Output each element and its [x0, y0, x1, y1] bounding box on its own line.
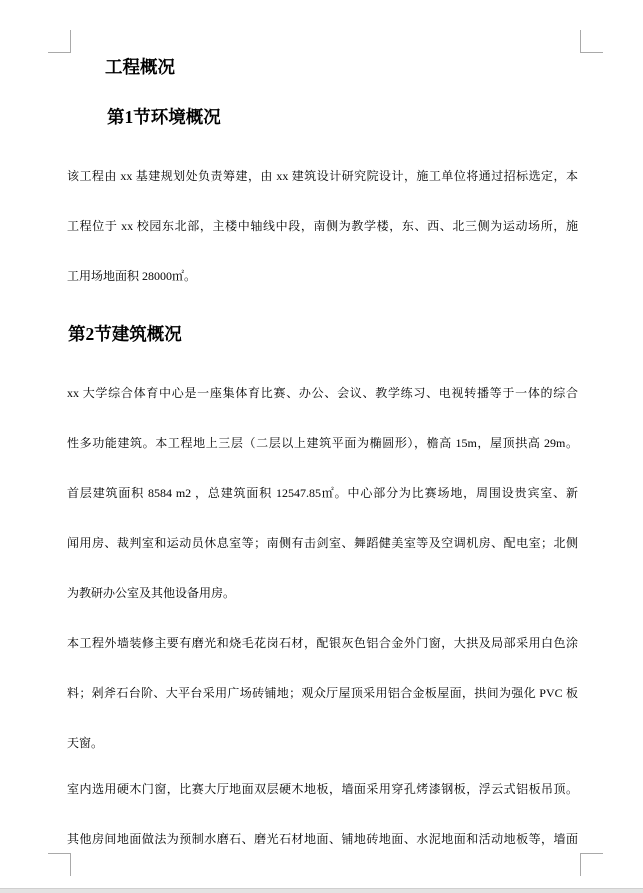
- paragraph-line: 闻用房、裁判室和运动员休息室等；南侧有击剑室、舞蹈健美室等及空调机房、配电室；北…: [67, 518, 578, 568]
- paragraph-line: 首层建筑面积 8584 m2 ，总建筑面积 12547.85㎡。中心部分为比赛场…: [67, 468, 578, 518]
- document-title: 工程概况: [67, 56, 616, 78]
- page-edge-strip: [0, 888, 643, 893]
- paragraph-exterior-finish: 本工程外墙装修主要有磨光和烧毛花岗石材，配银灰色铝合金外门窗，大拱及局部采用白色…: [67, 618, 578, 768]
- document-page[interactable]: 工程概况 第1节环境概况 第2节建筑概况 该工程由 xx 基建规划处负责筹建，由…: [0, 0, 643, 893]
- paragraph-line: xx 大学综合体育中心是一座集体育比赛、办公、会议、教学练习、电视转播等于一体的…: [67, 368, 578, 418]
- paragraph-line: 工程位于 xx 校园东北部，主楼中轴线中段，南侧为教学楼，东、西、北三侧为运动场…: [67, 201, 578, 251]
- paragraph-building-description: xx 大学综合体育中心是一座集体育比赛、办公、会议、教学练习、电视转播等于一体的…: [67, 368, 578, 618]
- paragraph-line: 其他房间地面做法为预制水磨石、磨光石材地面、铺地砖地面、水泥地面和活动地板等，墙…: [67, 814, 578, 864]
- heading-section-1: 第1节环境概况: [67, 106, 618, 128]
- paragraph-line: 为教研办公室及其他设备用房。: [67, 568, 578, 618]
- heading-section-2: 第2节建筑概况: [67, 323, 579, 345]
- paragraph-line: 本工程外墙装修主要有磨光和烧毛花岗石材，配银灰色铝合金外门窗，大拱及局部采用白色…: [67, 618, 578, 668]
- text-boundary-mark-bottom-right: [580, 853, 603, 876]
- paragraph-line: 性多功能建筑。本工程地上三层（二层以上建筑平面为椭圆形），檐高 15m，屋顶拱高…: [67, 418, 578, 468]
- paragraph-line: 料；剁斧石台阶、大平台采用广场砖铺地；观众厅屋顶采用铝合金板屋面，拱间为强化 P…: [67, 668, 578, 718]
- text-boundary-mark-top-right: [580, 30, 603, 53]
- paragraph-floor-finishes: 其他房间地面做法为预制水磨石、磨光石材地面、铺地砖地面、水泥地面和活动地板等，墙…: [67, 814, 578, 864]
- text-boundary-mark-top-left: [48, 30, 71, 53]
- paragraph-interior-finish: 室内选用硬木门窗，比赛大厅地面双层硬木地板，墙面采用穿孔烤漆钢板，浮云式铝板吊顶…: [67, 764, 578, 814]
- paragraph-environment-overview: 该工程由 xx 基建规划处负责筹建，由 xx 建筑设计研究院设计，施工单位将通过…: [67, 151, 578, 301]
- paragraph-line: 工用场地面积 28000㎡。: [67, 251, 578, 301]
- paragraph-line: 室内选用硬木门窗，比赛大厅地面双层硬木地板，墙面采用穿孔烤漆钢板，浮云式铝板吊顶…: [67, 764, 578, 814]
- paragraph-line: 天窗。: [67, 718, 578, 768]
- paragraph-line: 该工程由 xx 基建规划处负责筹建，由 xx 建筑设计研究院设计，施工单位将通过…: [67, 151, 578, 201]
